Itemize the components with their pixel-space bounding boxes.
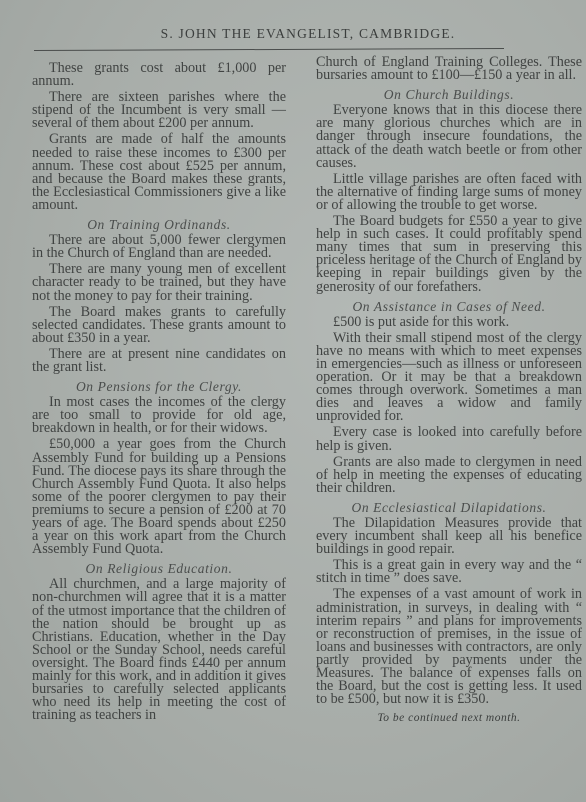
paragraph: This is a great gain in every way and th… [316, 559, 582, 585]
paragraph: Grants are made of half the amounts need… [32, 133, 286, 212]
paragraph-continued: Church of England Training Colleges. The… [316, 56, 582, 82]
paragraph: The Board makes grants to care­fully sel… [32, 306, 286, 345]
paragraph: All churchmen, and a large majority of n… [32, 578, 286, 722]
paragraph: Grants are also made to clergymen in nee… [316, 456, 582, 495]
section-heading-assistance-need: On Assistance in Cases of Need. [316, 300, 582, 313]
section-heading-religious-education: On Religious Education. [32, 562, 286, 575]
section-heading-church-buildings: On Church Buildings. [316, 88, 582, 101]
left-column: These grants cost about £1,000 per annum… [32, 62, 286, 725]
running-head-title: S. JOHN THE EVANGELIST, CAMBRIDGE. [0, 26, 586, 42]
paragraph: These grants cost about £1,000 per annum… [32, 62, 286, 88]
paragraph: Everyone knows that in this diocese ther… [316, 104, 582, 169]
paragraph: There are about 5,000 fewer clergy­men i… [32, 234, 286, 260]
section-heading-training-ordinands: On Training Ordinands. [32, 218, 286, 231]
paragraph: The Dilapidation Measures provide that e… [316, 517, 582, 556]
paragraph: £500 is put aside for this work. [316, 316, 582, 329]
section-heading-pensions: On Pensions for the Clergy. [32, 380, 286, 393]
paragraph: There are sixteen parishes where the sti… [32, 91, 286, 130]
continued-note: To be continued next month. [316, 712, 582, 725]
paragraph: The Board budgets for £550 a year to giv… [316, 215, 582, 294]
paragraph: £50,000 a year goes from the Church Asse… [32, 438, 286, 556]
paragraph: There are many young men of ex­cellent c… [32, 263, 286, 302]
right-column: Church of England Training Colleges. The… [316, 56, 582, 725]
header-rule [34, 48, 504, 51]
section-heading-dilapidations: On Ecclesiastical Dilapidations. [316, 501, 582, 514]
paragraph: Little village parishes are often faced … [316, 173, 582, 212]
paragraph: With their small stipend most of the cle… [316, 332, 582, 424]
document-page: S. JOHN THE EVANGELIST, CAMBRIDGE. These… [0, 0, 586, 802]
paragraph: Every case is looked into carefully befo… [316, 426, 582, 452]
paragraph: There are at present nine candidates on … [32, 348, 286, 374]
paragraph: The expenses of a vast amount of work in… [316, 588, 582, 706]
paragraph: In most cases the incomes of the clergy … [32, 396, 286, 435]
